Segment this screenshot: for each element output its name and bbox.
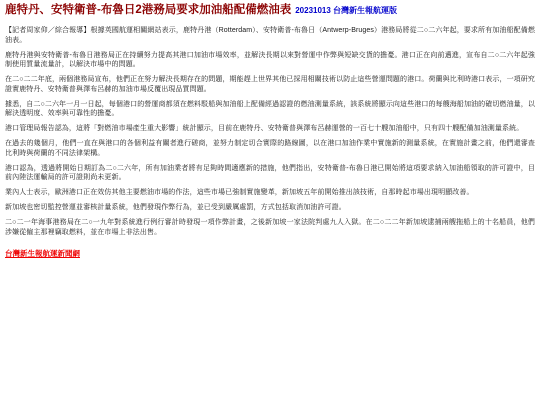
paragraph-byline-lead: 【記者周家仰／綜合報導】根據英國航運相關網站表示，鹿特丹港（Rotterdam）… <box>5 26 535 45</box>
paragraph: 據悉，自二○二六年一月一日起，每個港口的營運商都須在燃料駁船與加油船上配備經過認… <box>5 100 535 119</box>
page: { "article": { "title": "鹿特丹、安特衛普-布魯日2港務… <box>0 0 540 405</box>
article-date-source: 20231013 台灣新生報航運版 <box>295 6 397 15</box>
paragraph: 港口管理局報告認為，這將「對燃油市場產生重大影響」統計顯示，目前在鹿特丹、安特衛… <box>5 124 535 134</box>
article-title-text: 鹿特丹、安特衛普-布魯日2港務局要求加油船配備燃油表 <box>5 4 291 16</box>
footer-news-site-link[interactable]: 台灣新生報航運新聞網 <box>5 248 80 259</box>
article-title: 鹿特丹、安特衛普-布魯日2港務局要求加油船配備燃油表20231013 台灣新生報… <box>5 4 535 17</box>
paragraph: 業內人士表示，歐洲港口正在效仿其他主要燃油市場的作法，這些市場已強制實施變革，新… <box>5 188 535 198</box>
news-article: 鹿特丹、安特衛普-布魯日2港務局要求加油船配備燃油表20231013 台灣新生報… <box>0 0 540 261</box>
paragraph: 在過去的幾個月，他們一直在與港口的各個利益有關者進行磋商，並努力制定切合實際的路… <box>5 139 535 158</box>
paragraph: 鹿特丹港與安特衛普-布魯日港務局正在持續努力提高其港口加油市場效率，並解決長期以… <box>5 51 535 70</box>
paragraph: 港口認為，透過將開始日期訂為二○二六年，所有加油業者將有足夠時間適應新的措施，他… <box>5 164 535 183</box>
paragraph: 二○二一年海事港務局在二○一九年對系統進行例行審計時發現一項作弊計畫，之後新加坡… <box>5 218 535 237</box>
paragraph: 新加坡也密切監控營運並審核計量系統，他們發現作弊行為，並已受到嚴厲處罰，方式包括… <box>5 203 535 213</box>
paragraph: 在二○二二年底，兩個港務局宣布，他們正在努力解決長期存在的問題，期能趕上世界其他… <box>5 75 535 94</box>
